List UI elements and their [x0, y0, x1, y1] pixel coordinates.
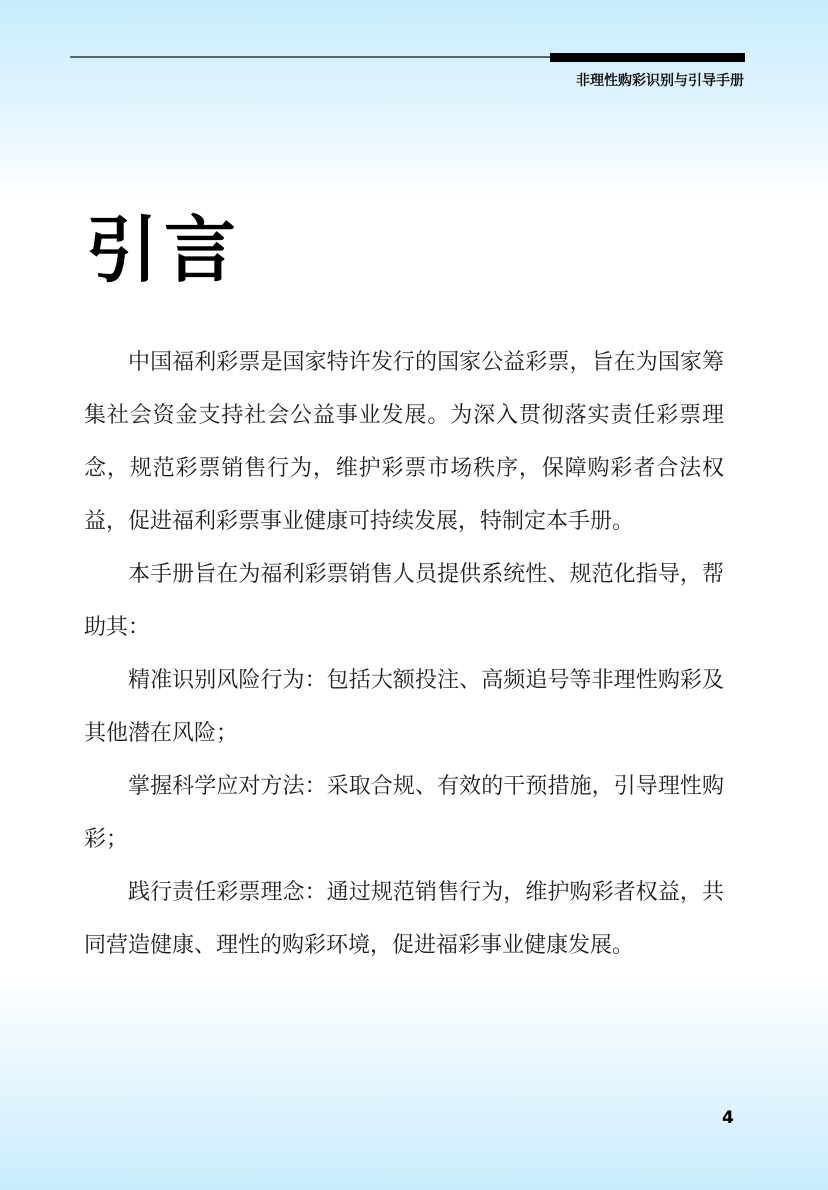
header-rule — [70, 56, 550, 58]
running-header-title: 非理性购彩识别与引导手册 — [576, 70, 744, 90]
header-accent-bar — [550, 53, 745, 62]
paragraph-response-methods: 掌握科学应对方法：采取合规、有效的干预措施，引导理性购彩； — [84, 760, 724, 866]
paragraph-responsible-lottery: 践行责任彩票理念：通过规范销售行为，维护购彩者权益，共同营造健康、理性的购彩环境… — [84, 866, 724, 972]
paragraph-purpose: 本手册旨在为福利彩票销售人员提供系统性、规范化指导，帮助其： — [84, 548, 724, 654]
page-title: 引言 — [86, 205, 242, 295]
page-number: 4 — [722, 1108, 734, 1128]
paragraph-identify-risk: 精准识别风险行为：包括大额投注、高频追号等非理性购彩及其他潜在风险； — [84, 654, 724, 760]
paragraph-intro: 中国福利彩票是国家特许发行的国家公益彩票，旨在为国家筹集社会资金支持社会公益事业… — [84, 336, 724, 548]
body-text: 中国福利彩票是国家特许发行的国家公益彩票，旨在为国家筹集社会资金支持社会公益事业… — [84, 336, 724, 972]
